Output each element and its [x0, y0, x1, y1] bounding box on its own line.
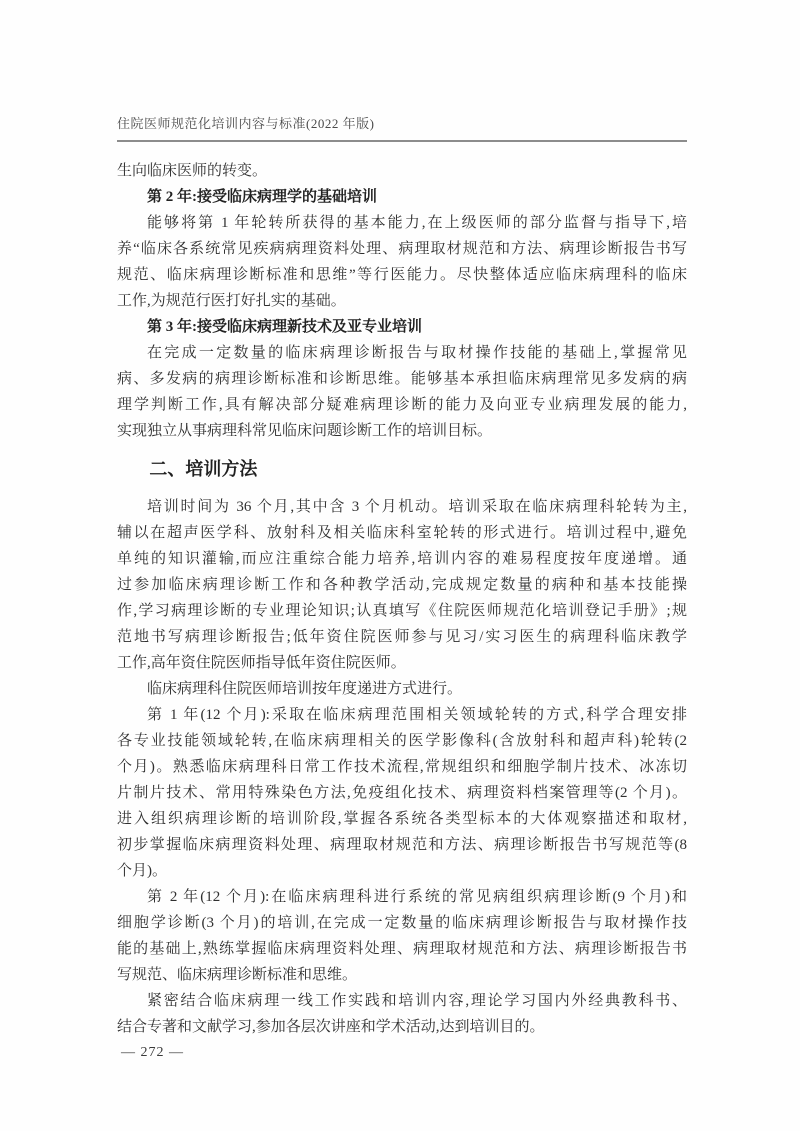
text-line: 能的基础上,熟练掌握临床病理资料处理、病理取材规范和方法、病理诊断报告书 — [117, 936, 687, 962]
text-line: 紧密结合临床病理一线工作实践和培训内容,理论学习国内外经典教科书、 — [117, 988, 687, 1014]
text-line: 范地书写病理诊断报告;低年资住院医师参与见习/实习医生的病理科临床教学 — [117, 624, 687, 650]
header-rule — [117, 140, 687, 142]
text-line: 进入组织病理诊断的培训阶段,掌握各系统各类型标本的大体观察描述和取材, — [117, 806, 687, 832]
document-page: 住院医师规范化培训内容与标准(2022 年版) 生向临床医师的转变。第 2 年:… — [0, 0, 800, 1131]
page-number: — 272 — — [117, 1040, 687, 1066]
continuation: 生向临床医师的转变。 — [117, 158, 687, 184]
text-line: 初步掌握临床病理资料处理、病理取材规范和方法、病理诊断报告书写规范等(8 — [117, 832, 687, 858]
text-line: 临床病理科住院医师培训按年度递进方式进行。 — [117, 676, 687, 702]
text-line: 写规范、临床病理诊断标准和思维。 — [117, 962, 687, 988]
paragraph: 第 1 年(12 个月):采取在临床病理范围相关领域轮转的方式,科学合理安排各专… — [117, 702, 687, 884]
text-line: 实现独立从事病理科常见临床问题诊断工作的培训目标。 — [117, 418, 687, 444]
text-line: 能够将第 1 年轮转所获得的基本能力,在上级医师的部分监督与指导下,培 — [117, 210, 687, 236]
text-line: 第 1 年(12 个月):采取在临床病理范围相关领域轮转的方式,科学合理安排 — [117, 702, 687, 728]
text-line: 第 3 年:接受临床病理新技术及亚专业培训 — [117, 314, 687, 340]
text-line: 片制片技术、常用特殊染色方法,免疫组化技术、病理资料档案管理等(2 个月)。 — [117, 780, 687, 806]
text-line: 工作,为规范行医打好扎实的基础。 — [117, 288, 687, 314]
text-line: 二、培训方法 — [117, 456, 687, 482]
paragraph: 第 2 年(12 个月):在临床病理科进行系统的常见病组织病理诊断(9 个月)和… — [117, 884, 687, 988]
paragraph: 能够将第 1 年轮转所获得的基本能力,在上级医师的部分监督与指导下,培养“临床各… — [117, 210, 687, 314]
page-content: 住院医师规范化培训内容与标准(2022 年版) 生向临床医师的转变。第 2 年:… — [117, 116, 687, 1066]
text-line: 工作,高年资住院医师指导低年资住院医师。 — [117, 650, 687, 676]
text-line: 第 2 年:接受临床病理学的基础培训 — [117, 184, 687, 210]
text-line: 结合专著和文献学习,参加各层次讲座和学术活动,达到培训目的。 — [117, 1014, 687, 1040]
text-line: 培训时间为 36 个月,其中含 3 个月机动。培训采取在临床病理科轮转为主, — [117, 494, 687, 520]
text-line: 养“临床各系统常见疾病病理资料处理、病理取材规范和方法、病理诊断报告书写 — [117, 236, 687, 262]
text-line: 理学判断工作,具有解决部分疑难病理诊断的能力及向亚专业病理发展的能力, — [117, 392, 687, 418]
subheading: 第 3 年:接受临床病理新技术及亚专业培训 — [117, 314, 687, 340]
text-line: 作,学习病理诊断的专业理论知识;认真填写《住院医师规范化培训登记手册》;规 — [117, 598, 687, 624]
running-header: 住院医师规范化培训内容与标准(2022 年版) — [117, 116, 687, 132]
text-line: 病、多发病的病理诊断标准和诊断思维。能够基本承担临床病理常见多发病的病 — [117, 366, 687, 392]
subheading: 第 2 年:接受临床病理学的基础培训 — [117, 184, 687, 210]
text-line: 细胞学诊断(3 个月)的培训,在完成一定数量的临床病理诊断报告与取材操作技 — [117, 910, 687, 936]
paragraph: 培训时间为 36 个月,其中含 3 个月机动。培训采取在临床病理科轮转为主,辅以… — [117, 494, 687, 676]
text-line: 第 2 年(12 个月):在临床病理科进行系统的常见病组织病理诊断(9 个月)和 — [117, 884, 687, 910]
text-line: 单纯的知识灌输,而应注重综合能力培养,培训内容的难易程度按年度递增。通 — [117, 546, 687, 572]
text-line: 各专业技能领域轮转,在临床病理相关的医学影像科(含放射科和超声科)轮转(2 — [117, 728, 687, 754]
text-line: 规范、临床病理诊断标准和思维”等行医能力。尽快整体适应临床病理科的临床 — [117, 262, 687, 288]
paragraph: 临床病理科住院医师培训按年度递进方式进行。 — [117, 676, 687, 702]
text-line: 辅以在超声医学科、放射科及相关临床科室轮转的形式进行。培训过程中,避免 — [117, 520, 687, 546]
text-line: 个月)。 — [117, 858, 687, 884]
paragraph: 紧密结合临床病理一线工作实践和培训内容,理论学习国内外经典教科书、结合专著和文献… — [117, 988, 687, 1040]
text-line: 在完成一定数量的临床病理诊断报告与取材操作技能的基础上,掌握常见 — [117, 340, 687, 366]
text-line: 过参加临床病理诊断工作和各种教学活动,完成规定数量的病种和基本技能操 — [117, 572, 687, 598]
page-body: 生向临床医师的转变。第 2 年:接受临床病理学的基础培训能够将第 1 年轮转所获… — [117, 158, 687, 1040]
text-line: 生向临床医师的转变。 — [117, 158, 687, 184]
paragraph: 在完成一定数量的临床病理诊断报告与取材操作技能的基础上,掌握常见病、多发病的病理… — [117, 340, 687, 444]
text-line: 个月)。熟悉临床病理科日常工作技术流程,常规组织和细胞学制片技术、冰冻切 — [117, 754, 687, 780]
section-heading: 二、培训方法 — [117, 456, 687, 482]
